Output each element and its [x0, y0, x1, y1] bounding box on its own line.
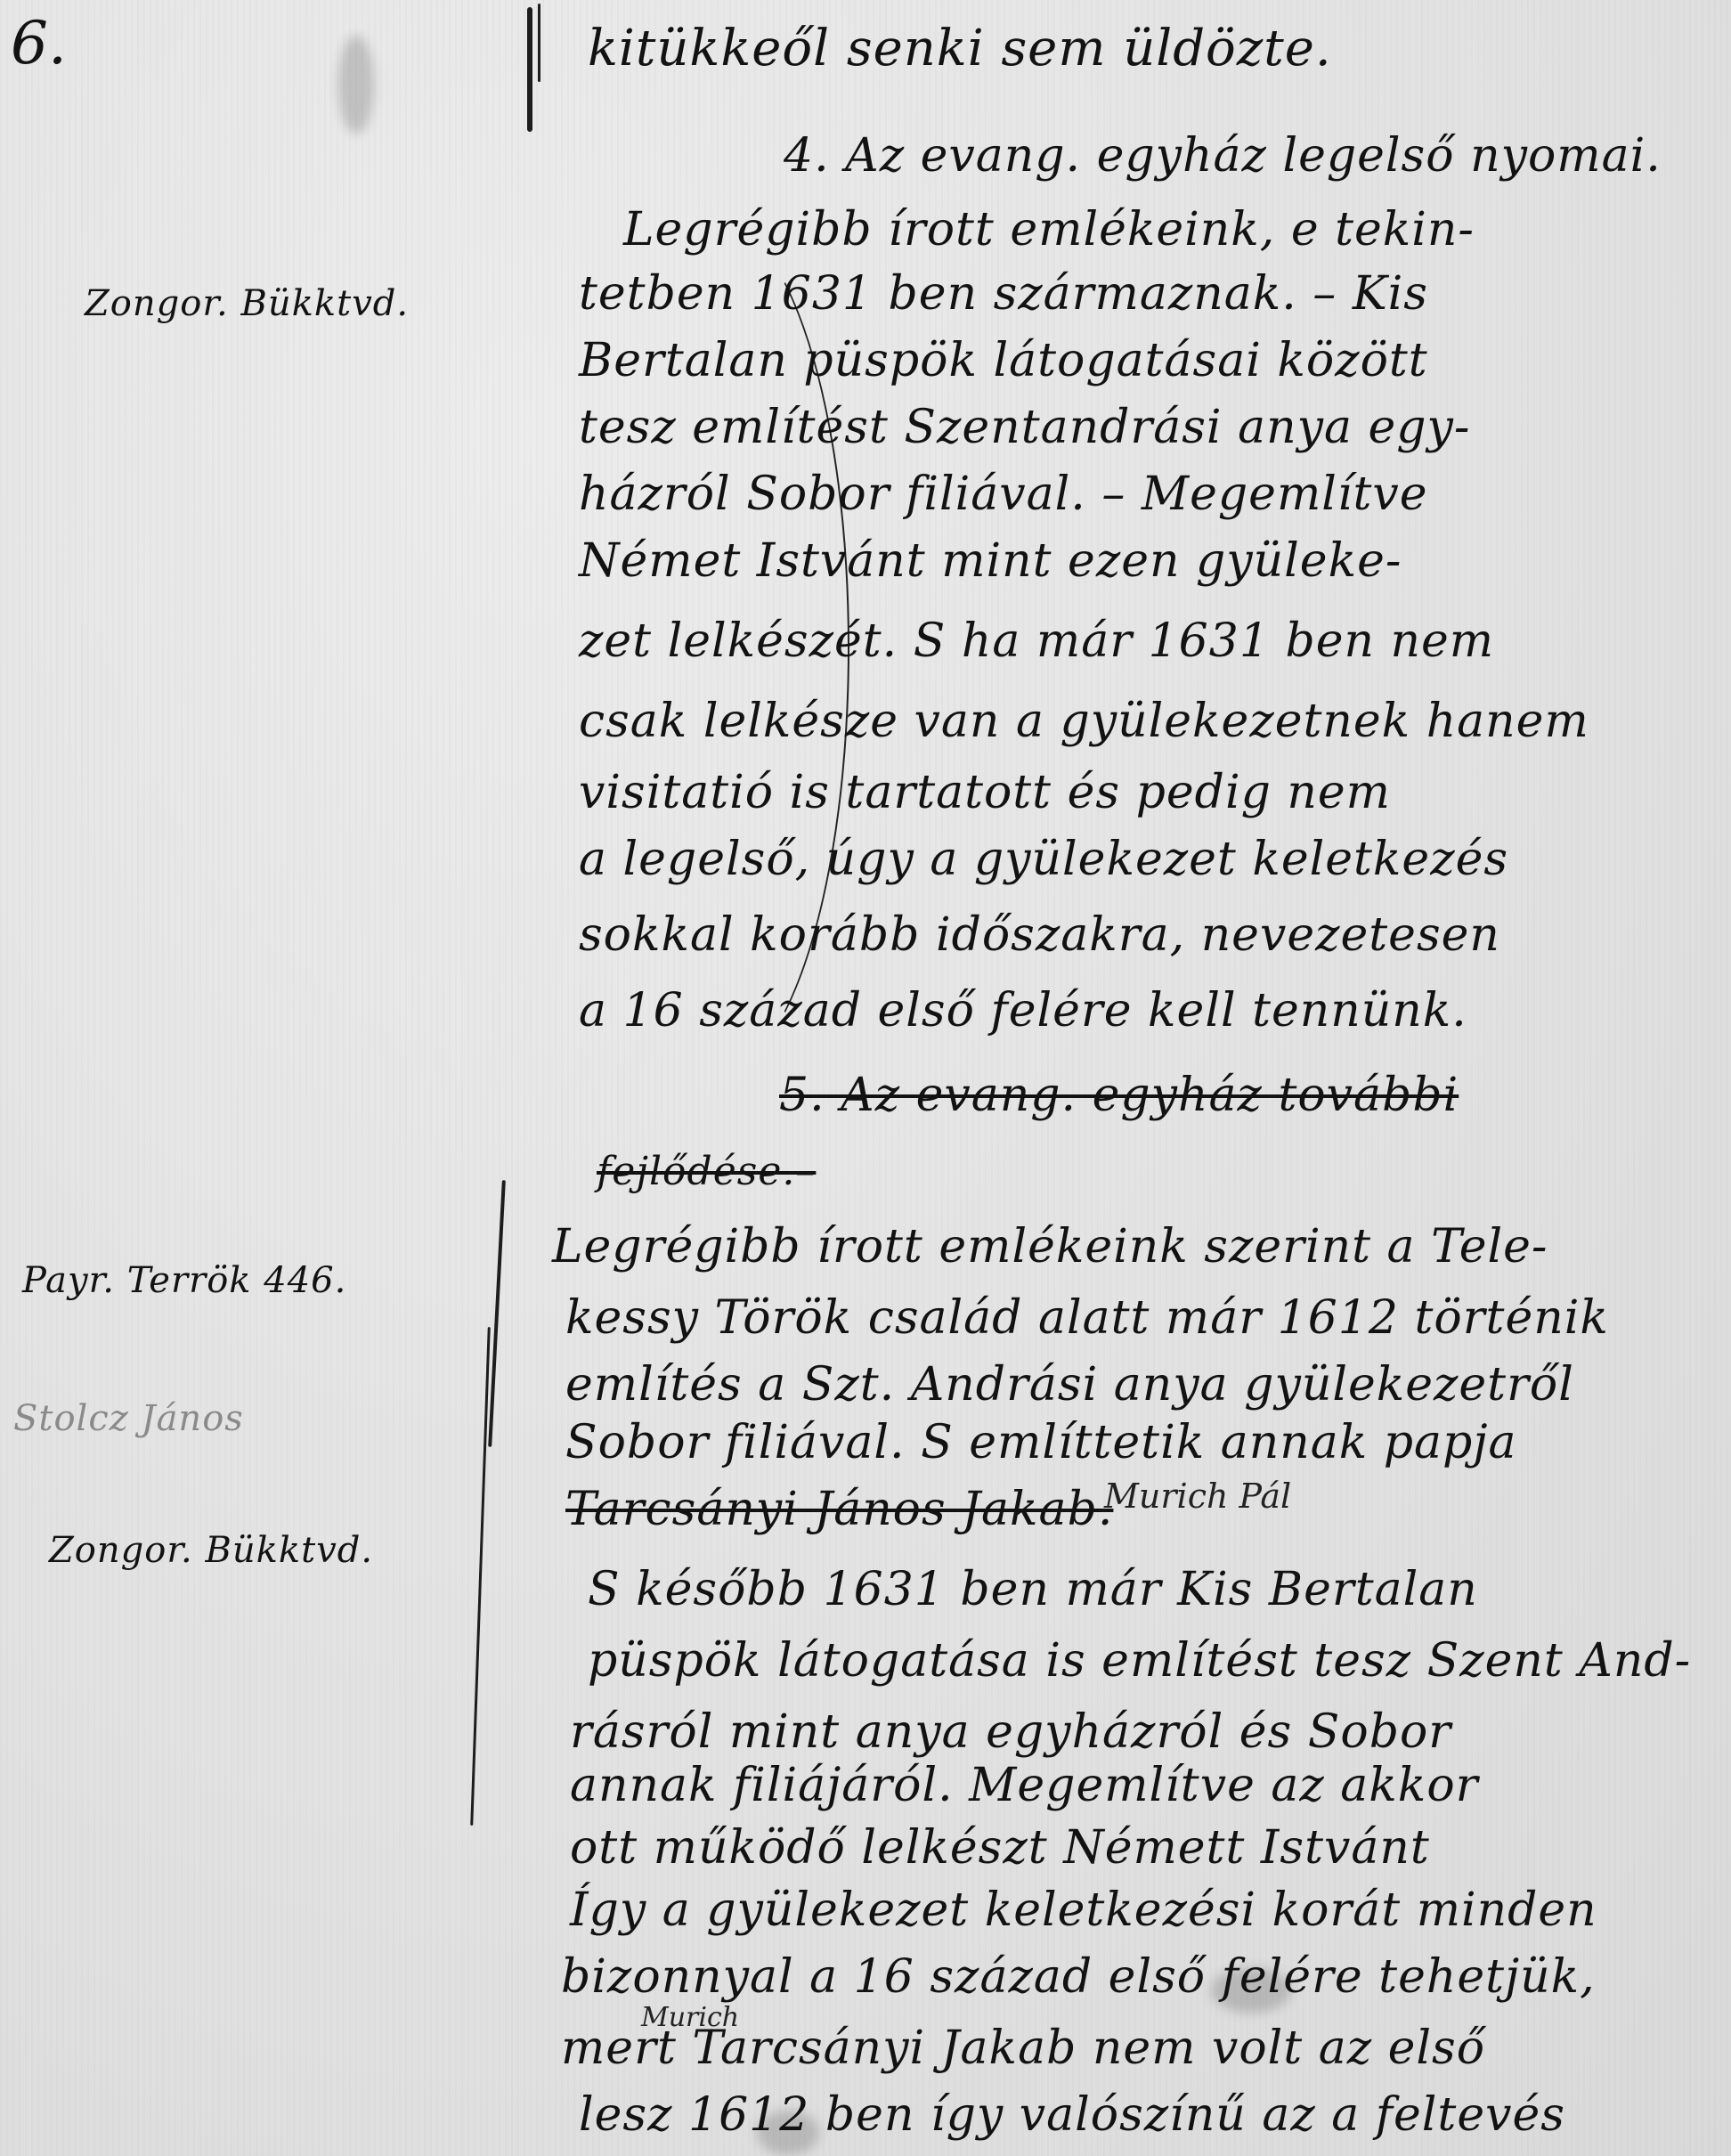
section5-line-struck: Tarcsányi János Jakab. — [565, 1483, 1113, 1536]
margin-rule-top-thin — [538, 4, 540, 82]
section5-line: bizonnyal a 16 század első felére tehetj… — [561, 1950, 1596, 2004]
section5-line: rásról mint anya egyházról és Sobor — [570, 1705, 1451, 1759]
section5-line: Sobor filiával. S említtetik annak papja — [565, 1416, 1516, 1469]
section5-line: S később 1631 ben már Kis Bertalan — [588, 1563, 1478, 1616]
section4-line: tesz említést Szentandrási anya egy- — [579, 401, 1470, 454]
section4-line: Német Istvánt mint ezen gyüleke- — [579, 534, 1402, 588]
section4-line: csak lelkésze van a gyülekezetnek hanem — [579, 695, 1589, 748]
section5-line: annak filiájáról. Megemlítve az akkor — [570, 1759, 1478, 1812]
ink-stain — [338, 36, 374, 134]
margin-rule-top-thick — [527, 7, 532, 132]
section5-heading-struck-cont: fejlődése.– — [597, 1149, 816, 1194]
section4-heading: 4. Az evang. egyház legelső nyomai. — [784, 129, 1662, 183]
section5-line: kessy Török család alatt már 1612 történ… — [565, 1291, 1609, 1345]
section4-line: a legelső, úgy a gyülekezet keletkezés — [579, 833, 1508, 886]
margin-note-zongor-2: Zongor. Bükktvd. — [49, 1530, 373, 1571]
section4-line: tetben 1631 ben származnak. – Kis — [579, 267, 1428, 321]
section4-line: sokkal korább időszakra, nevezetesen — [579, 908, 1500, 962]
page-number: 6. — [11, 9, 67, 77]
section5-line: lesz 1612 ben így valószínű az a feltevé… — [579, 2088, 1565, 2142]
section4-line: Legrégibb írott emlékeink, e tekin- — [623, 203, 1475, 256]
section4-line: zet lelkészét. S ha már 1631 ben nem — [579, 614, 1494, 668]
margin-note-stolcz: Stolcz János — [13, 1398, 244, 1439]
section5-line: Legrégibb írott emlékeink szerint a Tele… — [552, 1220, 1548, 1273]
correction-insert: Murich — [641, 2002, 739, 2033]
section5-heading-struck: 5. Az evang. egyház további — [779, 1069, 1459, 1122]
margin-note-payr: Payr. Terrök 446. — [22, 1260, 346, 1301]
section5-line: püspök látogatása is említést tesz Szent… — [588, 1634, 1691, 1688]
section5-line: ott működő lelkészt Némett Istvánt — [570, 1821, 1430, 1875]
section4-line: házról Sobor filiával. – Megemlítve — [579, 468, 1428, 521]
section4-line: a 16 század első felére kell tennünk. — [579, 984, 1467, 1037]
section5-line: Így a gyülekezet keletkezési korát minde… — [570, 1883, 1597, 1937]
section5-line: említés a Szt. Andrási anya gyülekezetrő… — [565, 1358, 1574, 1412]
section4-line: visitatió is tartatott és pedig nem — [579, 766, 1391, 819]
correction-insert: Murich Pál — [1104, 1477, 1291, 1516]
section4-line: Bertalan püspök látogatásai között — [579, 334, 1428, 387]
margin-note-zongor-1: Zongor. Bükktvd. — [85, 283, 409, 324]
lead-line: kitükkeől senki sem üldözte. — [588, 20, 1332, 77]
